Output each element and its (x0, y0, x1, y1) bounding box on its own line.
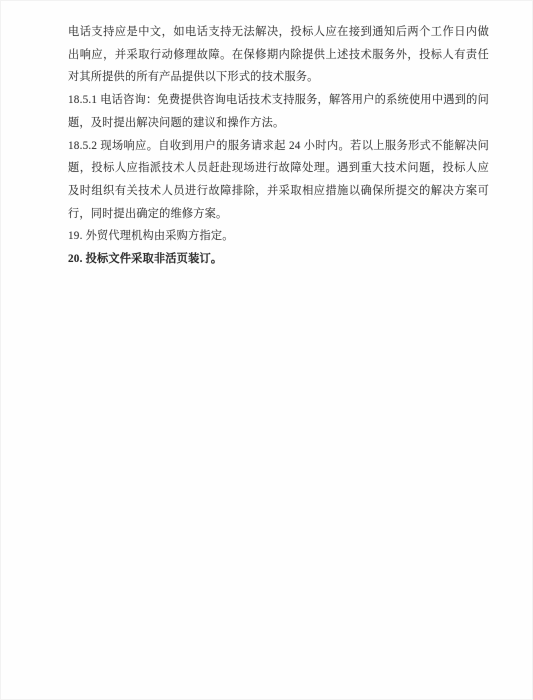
document-page: 电话支持应是中文，如电话支持无法解决，投标人应在接到通知后两个工作日内做出响应，… (0, 0, 533, 700)
clause-18-5-1-phone-consultation: 18.5.1 电话咨询：免费提供咨询电话技术支持服务，解答用户的系统使用中遇到的… (68, 89, 489, 134)
clause-18-5-warranty-continuation: 电话支持应是中文，如电话支持无法解决，投标人应在接到通知后两个工作日内做出响应，… (68, 21, 489, 89)
clause-18-5-2-onsite-response: 18.5.2 现场响应。自收到用户的服务请求起 24 小时内。若以上服务形式不能… (68, 135, 489, 226)
document-body: 电话支持应是中文，如电话支持无法解决，投标人应在接到通知后两个工作日内做出响应，… (68, 21, 489, 271)
clause-20-binding: 20. 投标文件采取非活页装订。 (68, 248, 489, 271)
clause-19-trade-agency: 19. 外贸代理机构由采购方指定。 (68, 225, 489, 248)
